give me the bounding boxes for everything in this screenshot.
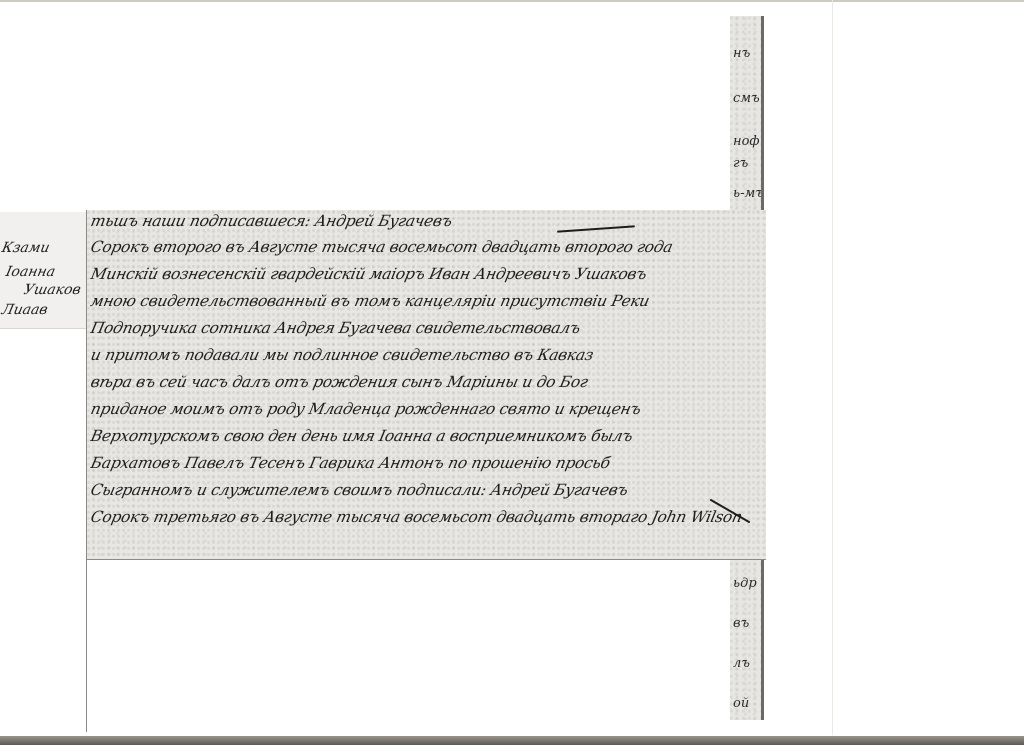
record-line: приданое моимъ отъ роду Младенца рожденн… [89, 400, 642, 418]
record-line: Сыгранномъ и служителемъ своимъ подписал… [89, 481, 629, 499]
margin-line: Ушаков [22, 282, 82, 298]
record-line: Подпоручика сотника Андрея Бугачева свид… [89, 319, 582, 337]
margin-note: Кзами Іоанна Ушаков Лиаав [0, 212, 86, 329]
register-record: тьшъ наши подписавшеся: Андрей Бугачевъ … [86, 210, 766, 560]
side-fragment: смъ [733, 91, 761, 106]
side-fragment: ьдр [733, 576, 761, 591]
side-fragment: ноф [733, 134, 761, 149]
scan-fold-line [832, 0, 833, 735]
side-fragment: въ [733, 616, 761, 631]
side-fragment: нъ [733, 46, 761, 61]
record-line: Сорокъ второго въ Августе тысяча восемьс… [89, 238, 674, 256]
side-fragment: ь-мъ [733, 186, 761, 201]
record-line: Бархатовъ Павелъ Тесенъ Гаврика Антонъ п… [89, 454, 612, 472]
margin-line: Лиаав [0, 302, 49, 318]
margin-line: Кзами [0, 240, 51, 256]
record-line: мною свидетельствованный въ томъ канцеля… [89, 292, 651, 310]
blank-page-area [86, 560, 730, 732]
side-fragment: лъ [733, 656, 761, 671]
record-line: вѣра въ сей часъ далъ отъ рождения сынъ … [89, 373, 589, 391]
record-line: Верхотурскомъ свою ден день имя Іоанна а… [89, 427, 634, 445]
record-line: тьшъ наши подписавшеся: Андрей Бугачевъ [89, 212, 454, 230]
record-line: Сорокъ третьяго въ Августе тысяча восемь… [89, 508, 744, 526]
record-line: Минскій вознесенскій гвардейскій маіоръ … [89, 265, 648, 283]
record-line: и притомъ подавали мы подлинное свидетел… [89, 346, 595, 364]
side-fragment: ой [733, 696, 761, 711]
margin-line: Іоанна [4, 264, 57, 280]
scan-bottom-edge [0, 736, 1024, 745]
signature-flourish [557, 225, 635, 232]
side-fragment: гъ [733, 156, 761, 171]
scan-top-edge [0, 0, 1024, 2]
